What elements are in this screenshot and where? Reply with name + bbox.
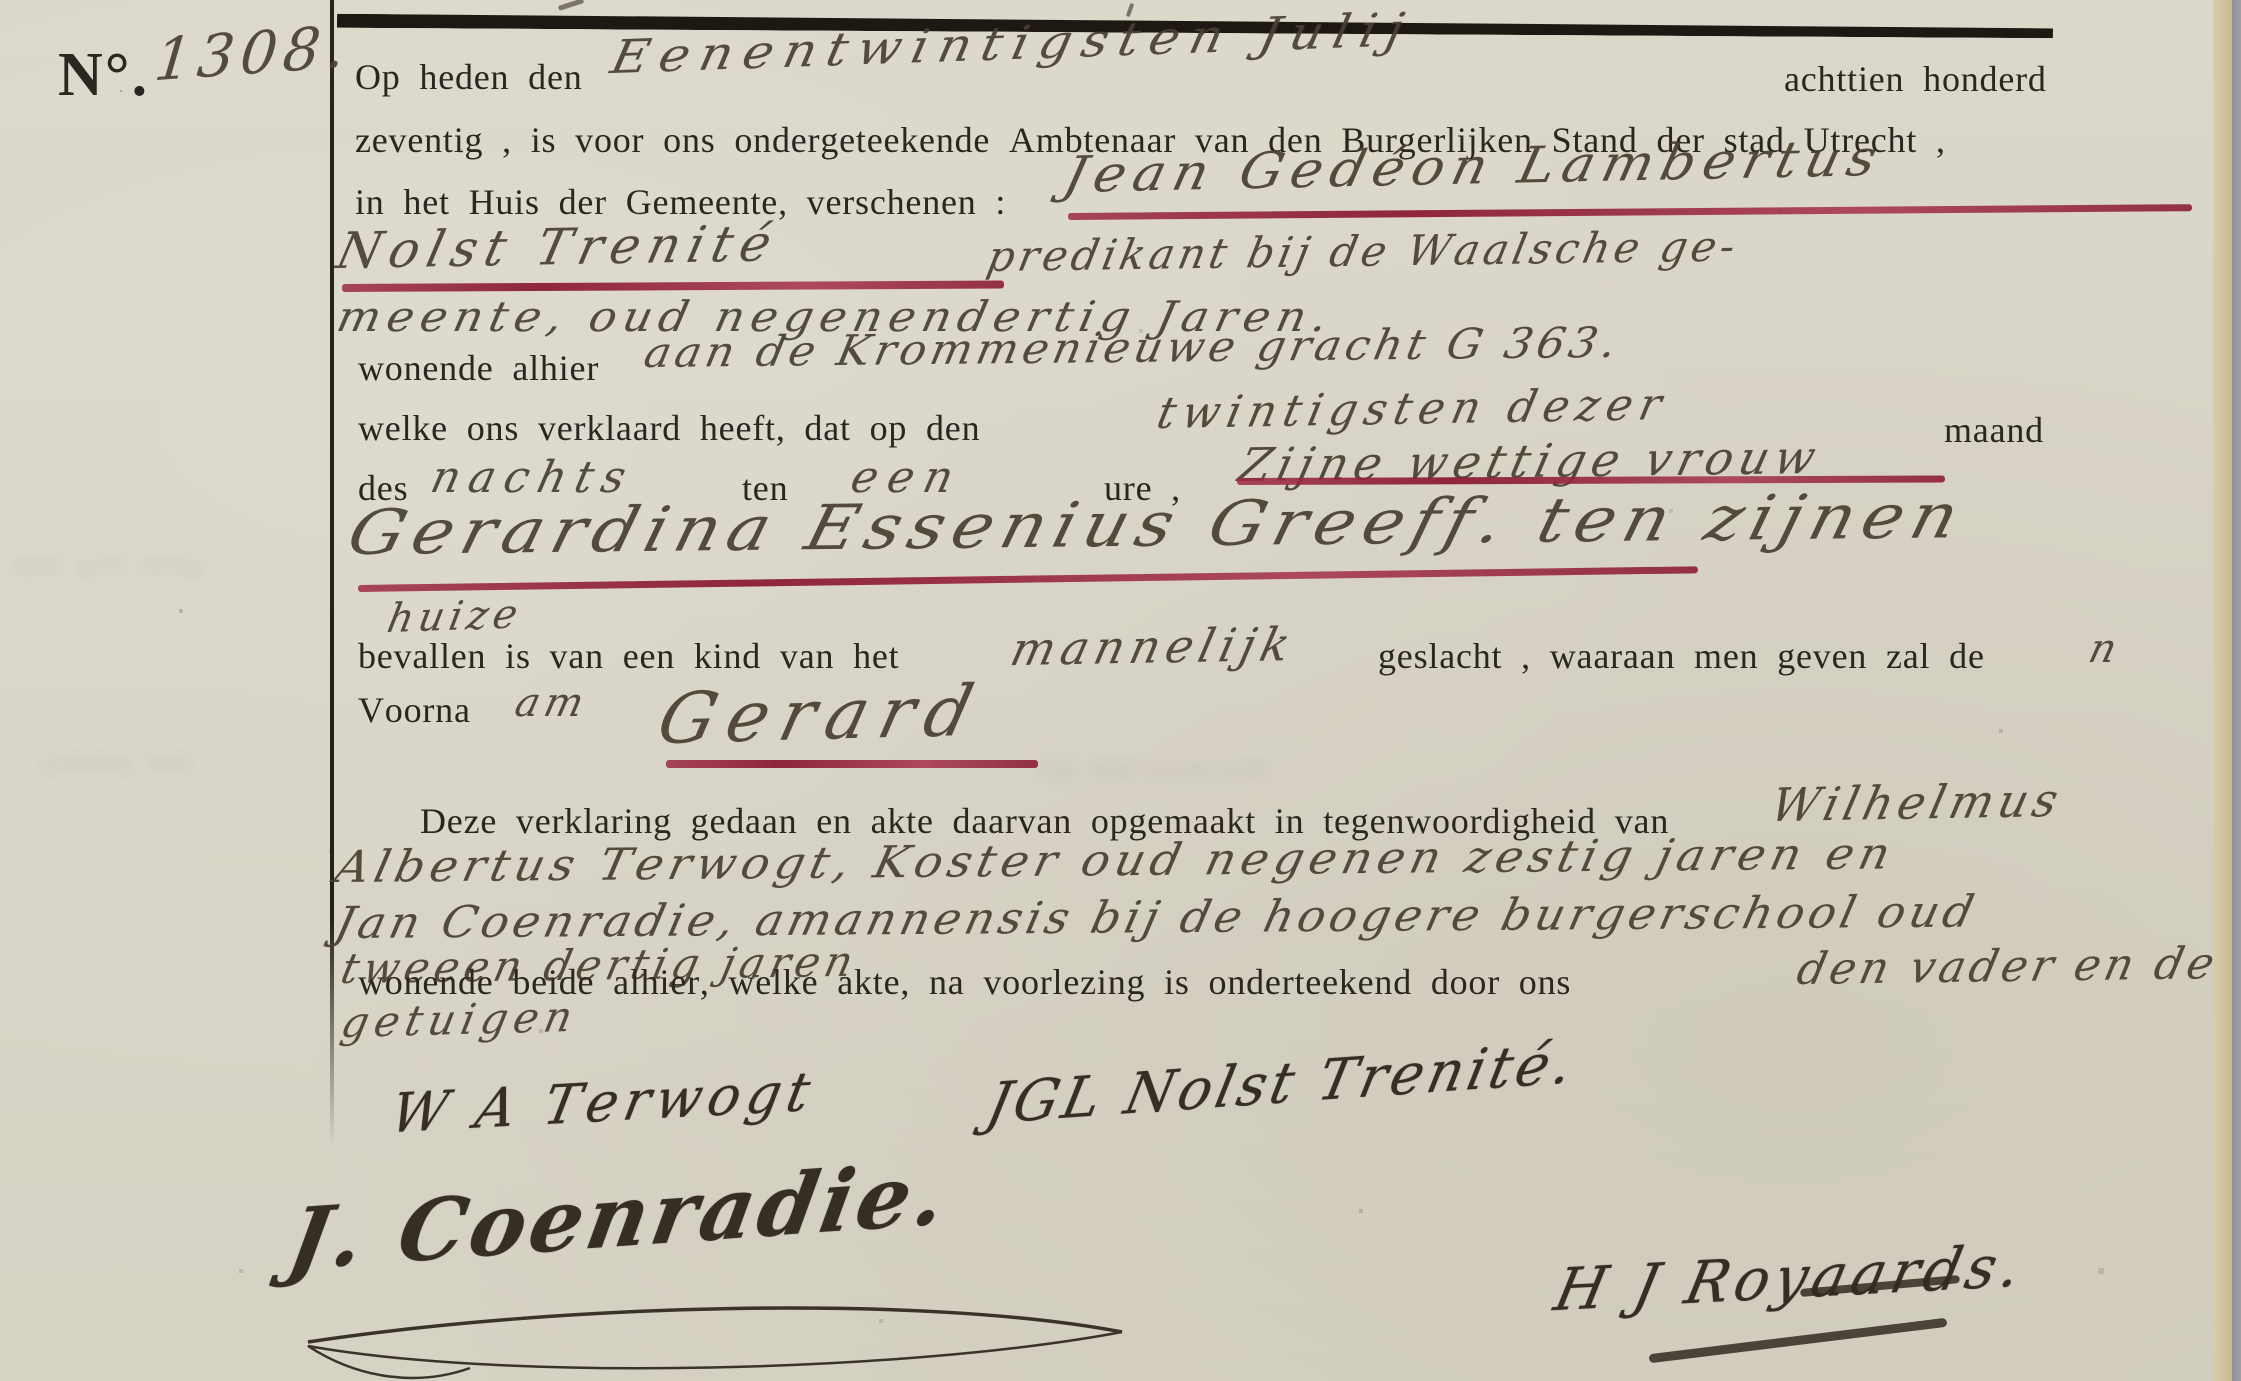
red-underline-child-name (666, 760, 1038, 768)
printed-wonende-alhier: wonende alhier (358, 347, 599, 389)
signature-flourish-coenradie (300, 1290, 1130, 1370)
printed-maand: maand (1944, 409, 2044, 451)
printed-verklaard-heeft: welke ons verklaard heeft, dat op den (358, 407, 980, 449)
handwritten-date: Eenentwintigsten Julij (606, 2, 1418, 84)
handwritten-sex: mannelijk (1006, 617, 1302, 676)
red-underline-father-firstnames (1068, 204, 2192, 220)
handwritten-den-vader: den vader en de (1792, 938, 2222, 995)
birth-certificate-scan: nm um nnu ummu nm nu mn nnm um N°. 1308.… (0, 0, 2241, 1381)
record-number-label: N°. (58, 40, 149, 111)
signature-witness-terwogt: W A Terwogt (386, 1059, 821, 1145)
printed-bevallen: bevallen is van een kind van het (358, 635, 899, 677)
page-edge-shadow (2232, 0, 2241, 1381)
record-number-value: 1308. (151, 12, 354, 94)
printed-geslacht: geslacht , waaraan men geven zal de (1378, 635, 1985, 677)
handwritten-witness1-firstname: Wilhelmus (1766, 773, 2069, 832)
handwritten-address: aan de Krommenieuwe gracht G 363. (640, 318, 1625, 377)
handwritten-am-suffix: am (511, 680, 593, 726)
handwritten-n-suffix: n (2084, 626, 2121, 672)
printed-achttien-honderd: achttien honderd (1784, 58, 2047, 100)
signature-witness-coenradie: J. Coenradie. (281, 1143, 957, 1289)
printed-voorna: Voorna (358, 689, 471, 731)
handwritten-father-surname: Nolst Trenité (331, 214, 785, 280)
handwritten-birth-day: twintigsten dezer (1153, 379, 1674, 439)
handwritten-child-name: Gerard (650, 669, 993, 760)
signature-father-nolst-trenite: JGL Nolst Trenité. (981, 1030, 1582, 1137)
previous-entry-stray-mark (558, 0, 584, 11)
show-through-smudge: nu mn nnm um (1040, 752, 1270, 787)
printed-op-heden-den: Op heden den (355, 56, 583, 98)
handwritten-getuigen: getuigen (337, 992, 583, 1047)
column-divider-rule (330, 0, 334, 1146)
handwritten-occupation: predikant bij de Waalsche ge- (983, 221, 1743, 281)
signature-dash-royaards-lower (1649, 1318, 1948, 1363)
red-underline-mother-name (358, 566, 1698, 592)
handwritten-witness2-details: Jan Coenradie, amannensis bij de hoogere… (330, 887, 1982, 950)
show-through-smudge: ummu nm (40, 745, 193, 780)
show-through-smudge: nm um nnu (10, 545, 206, 585)
red-underline-father-surname (342, 281, 1004, 292)
